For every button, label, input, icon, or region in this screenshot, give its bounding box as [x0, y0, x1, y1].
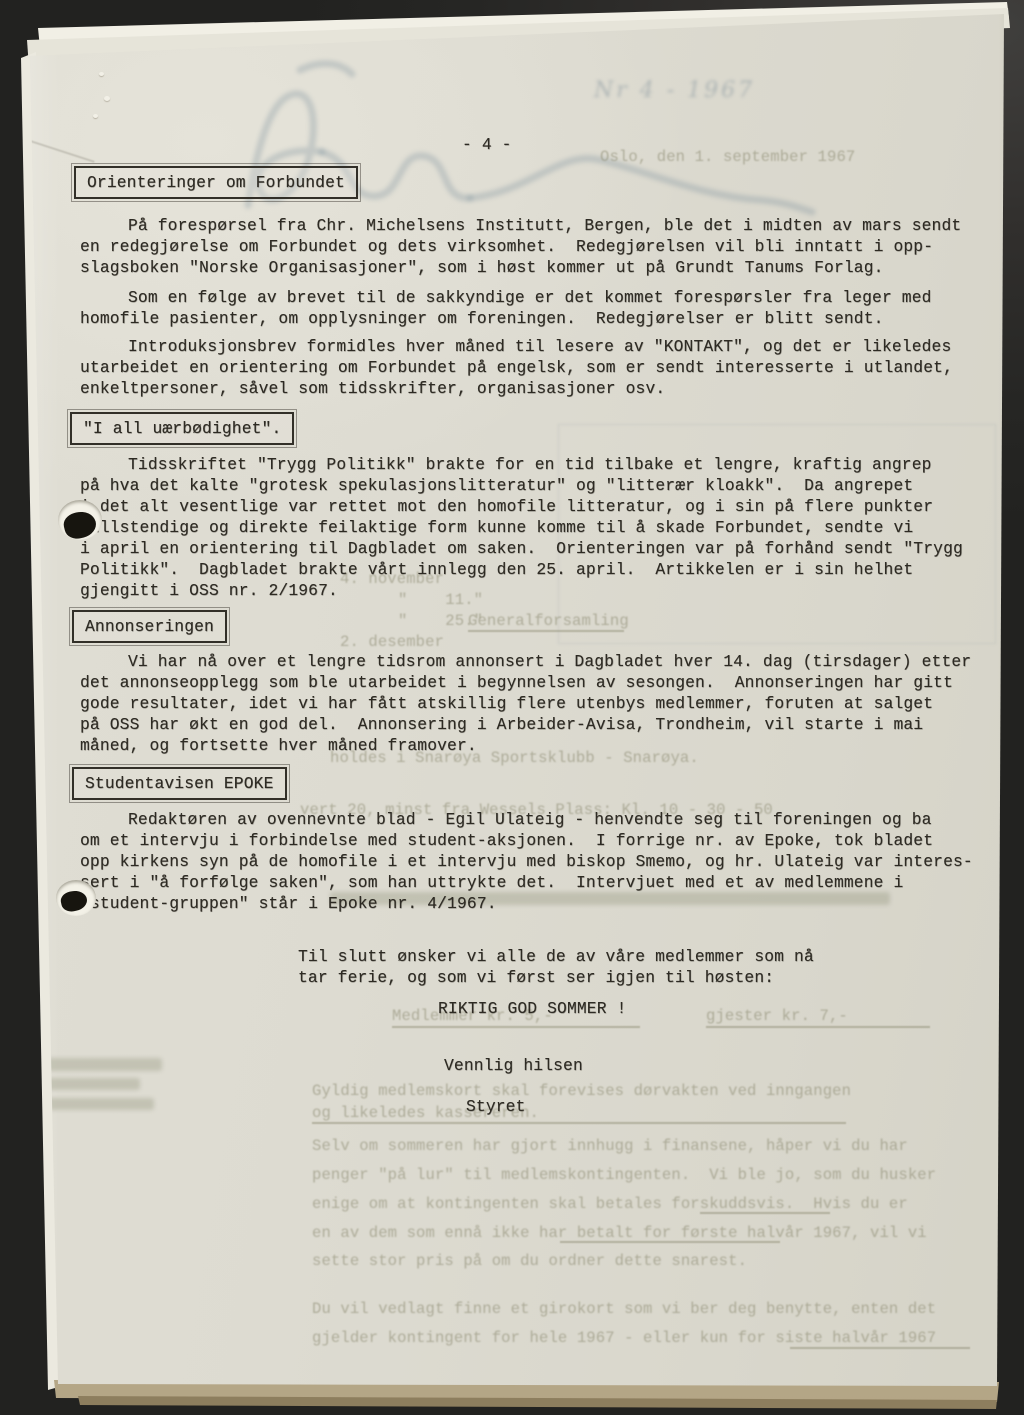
section-heading: Annonseringen	[85, 617, 214, 637]
bleedthrough-underline	[790, 1347, 970, 1349]
section-heading: Orienteringer om Forbundet	[87, 173, 345, 193]
paragraph: Vi har nå over et lengre tidsrom annonse…	[80, 651, 971, 756]
bleedthrough-underline	[312, 1122, 846, 1124]
closing-farewell: Til slutt ønsker vi alle de av våre medl…	[298, 946, 814, 988]
bleedthrough-line: gjelder kontingent for hele 1967 - eller…	[312, 1328, 936, 1349]
bleedthrough-line: Selv om sommeren har gjort innhugg i fin…	[312, 1136, 908, 1157]
paragraph: Introduksjonsbrev formidles hver måned t…	[80, 336, 953, 399]
scanned-document-page: { "page": { "number_label": "- 4 -" }, "…	[0, 0, 1024, 1415]
paragraph: På forespørsel fra Chr. Michelsens Insti…	[80, 215, 961, 278]
summer-greeting: RIKTIG GOD SOMMER !	[438, 998, 627, 1019]
section-heading-box: Orienteringer om Forbundet	[74, 166, 358, 199]
bleedthrough-smudge	[46, 1098, 154, 1110]
bleedthrough-line: Nr 4 - 1967	[594, 80, 755, 101]
bleedthrough-line: 2. desember	[340, 632, 444, 653]
bleedthrough-line: Generalforsamling	[468, 611, 629, 632]
bleedthrough-line: Du vil vedlagt finne et girokort som vi …	[312, 1299, 936, 1320]
signature-signoff: Styret	[466, 1096, 526, 1117]
paragraph: Tidsskriftet "Trygg Politikk" brakte for…	[80, 454, 963, 601]
section-heading-box: "I all uærbødighet".	[70, 412, 294, 445]
bleedthrough-smudge	[42, 1058, 162, 1071]
bleedthrough-underline	[560, 1241, 780, 1243]
bleedthrough-line: gjester kr. 7,-	[706, 1006, 848, 1027]
section-heading-box: Studentavisen EPOKE	[72, 767, 287, 800]
paragraph: Redaktøren av ovennevnte blad - Egil Ula…	[80, 809, 973, 914]
paragraph: Som en følge av brevet til de sakkyndige…	[80, 287, 932, 329]
paper-sheet: Nr 4 - 1967 Oslo, den 1. september 1967 …	[0, 0, 1024, 1415]
section-heading: Studentavisen EPOKE	[85, 774, 274, 794]
page-number: - 4 -	[462, 134, 512, 155]
bleedthrough-underline	[706, 1026, 930, 1028]
bleedthrough-line: sette stor pris på om du ordner dette sn…	[312, 1251, 747, 1272]
bleedthrough-line: Gyldig medlemskort skal forevises dørvak…	[312, 1081, 851, 1102]
section-heading: "I all uærbødighet".	[83, 419, 281, 439]
bleedthrough-line: penger "på lur" til medlemskontingenten.…	[312, 1165, 936, 1186]
bleedthrough-underline	[700, 1212, 830, 1214]
bleedthrough-underline	[392, 1026, 640, 1028]
bleedthrough-line: Oslo, den 1. september 1967	[600, 147, 855, 168]
bleedthrough-smudge	[44, 1078, 140, 1090]
bleedthrough-underline	[468, 630, 624, 632]
signature-regards: Vennlig hilsen	[444, 1055, 583, 1076]
section-heading-box: Annonseringen	[72, 610, 227, 643]
